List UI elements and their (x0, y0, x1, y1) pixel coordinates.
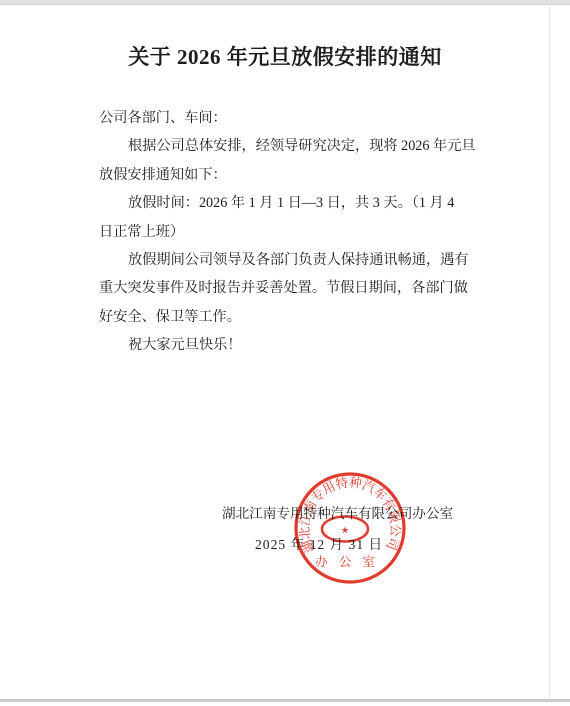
seal-bottom-text: 办 公 室 (315, 554, 379, 569)
body-line-salutation: 公司各部门、车间： (99, 104, 479, 132)
document-page: 关于 2026 年元旦放假安排的通知 公司各部门、车间： 根据公司总体安排，经领… (0, 0, 570, 706)
company-seal-stamp: 湖北江南专用特种汽车有限公司 ★ 办 公 室 (290, 470, 410, 590)
body-line: 放假安排通知如下： (99, 161, 479, 189)
body-line: 根据公司总体安排，经领导研究决定，现将 2026 年元旦 (99, 132, 479, 160)
page-bottom-border (0, 699, 570, 702)
body-line-holiday-dates: 放假时间：2026 年 1 月 1 日—3 日，共 3 天。（1 月 4 (99, 189, 479, 217)
signature-organization: 湖北江南专用特种汽车有限公司办公室 (222, 503, 453, 524)
seal-outer-ring (296, 474, 404, 582)
body-line: 日正常上班） (99, 218, 479, 246)
body-line: 好安全、保卫等工作。 (99, 303, 479, 331)
body-line: 重大突发事件及时报告并妥善处置。节假日期间，各部门做 (99, 274, 479, 302)
body-line: 放假期间公司领导及各部门负责人保持通讯畅通，遇有 (99, 246, 479, 274)
body-line-greeting: 祝大家元旦快乐！ (99, 331, 479, 359)
seal-star-icon: ★ (341, 525, 349, 535)
page-right-border (549, 5, 550, 699)
document-body: 公司各部门、车间： 根据公司总体安排，经领导研究决定，现将 2026 年元旦 放… (99, 104, 479, 360)
page-top-border (0, 0, 570, 5)
document-title: 关于 2026 年元旦放假安排的通知 (99, 40, 471, 74)
signature-date: 2025 年 12 月 31 日 (255, 536, 383, 554)
